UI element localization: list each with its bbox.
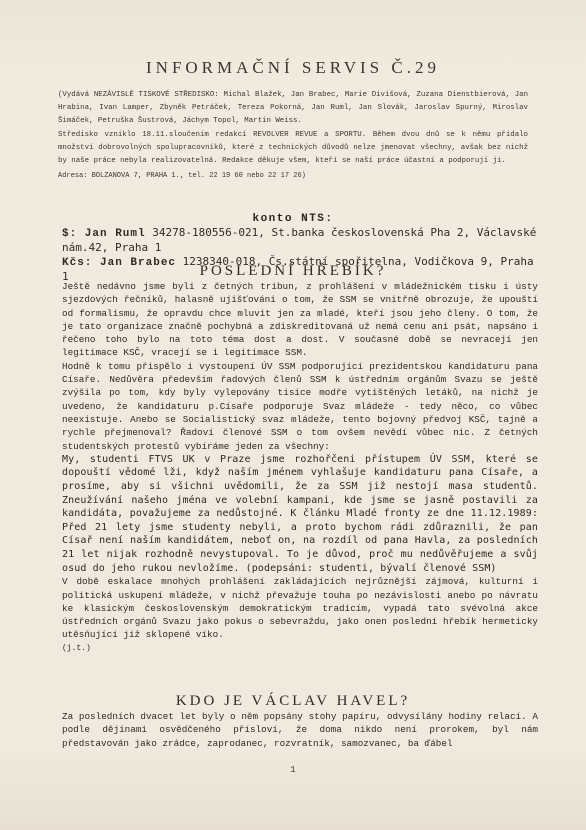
article-body: Ještě nedávno jsme byli z četných tribun… — [62, 280, 538, 655]
page-number: 1 — [0, 765, 586, 775]
masthead-title: INFORMAČNÍ SERVIS Č.29 — [0, 58, 586, 78]
address-line: Adresa: BOLZANOVA 7, PRAHA 1., tel. 22 1… — [58, 170, 528, 183]
document-page: INFORMAČNÍ SERVIS Č.29 (Vydává NEZÁVISLÉ… — [0, 0, 586, 830]
author-signature: (j.t.) — [62, 642, 538, 655]
article-title: KDO JE VÁCLAV HAVEL? — [0, 693, 586, 710]
account-usd: $: Jan Ruml 34278-180556-021, St.banka č… — [62, 226, 542, 255]
paragraph: V době eskalace mnohých prohlášení zaklá… — [62, 575, 538, 641]
account-heading: konto NTS: — [0, 213, 586, 225]
paragraph: Hodně k tomu přispělo i vystoupení ÚV SS… — [62, 360, 538, 453]
paragraph: Ještě nedávno jsme byli z četných tribun… — [62, 280, 538, 360]
article-body: Za posledních dvacet let byly o něm pops… — [62, 710, 538, 750]
founding-note: Středisko vzniklo 18.11.sloučením redakc… — [58, 129, 528, 169]
article-title: POSLEDNÍ HŘEBÍK? — [0, 263, 586, 280]
account-holder: $: Jan Ruml — [62, 228, 146, 240]
editors-list: (Vydává NEZÁVISLÉ TISKOVÉ STŘEDISKO: Mic… — [58, 89, 528, 129]
paragraph: Za posledních dvacet let byly o něm pops… — [62, 710, 538, 750]
publisher-credits: (Vydává NEZÁVISLÉ TISKOVÉ STŘEDISKO: Mic… — [58, 89, 528, 183]
student-quote: My, studenti FTVS UK v Praze jsme rozhoř… — [62, 453, 538, 575]
